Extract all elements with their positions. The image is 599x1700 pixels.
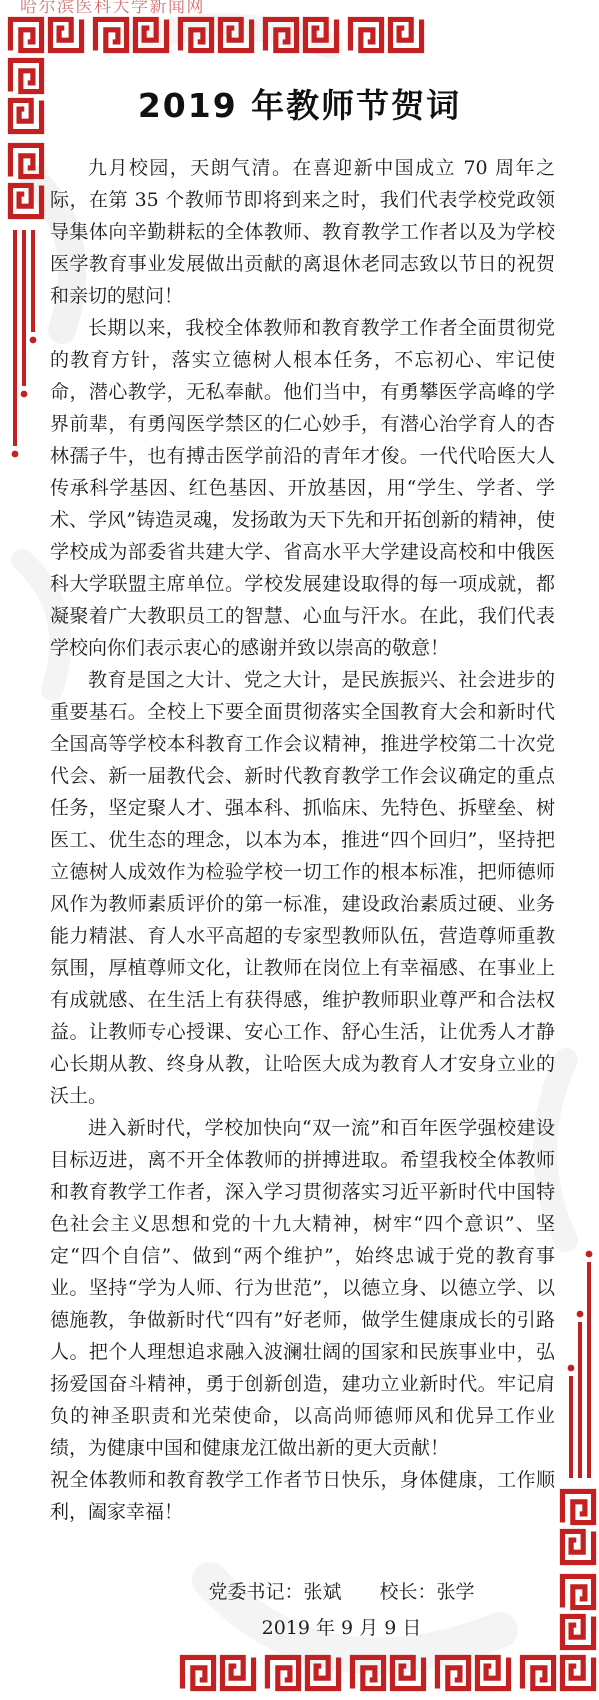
site-watermark-text: 哈尔滨医科大学新闻网 — [20, 0, 205, 17]
paragraph-3: 教育是国之大计、党之大计，是民族振兴、社会进步的重要基石。全校上下要全面贯彻落实… — [50, 664, 555, 1112]
paragraph-4: 进入新时代，学校加快向“双一流”和百年医学强校建设目标迈进，离不开全体教师的拼搏… — [50, 1112, 555, 1464]
signature-block: 党委书记：张斌 校长：张学 2019 年 9 月 9 日 — [0, 1574, 599, 1646]
signature-line: 党委书记：张斌 校长：张学 — [84, 1574, 599, 1610]
document-body: 九月校园，天朗气清。在喜迎新中国成立 70 周年之际，在第 35 个教师节即将到… — [0, 126, 599, 1528]
document-page: 哈尔滨医科大学新闻网 2019 年教师节贺词 九月校园，天朗气清。在喜迎新中国成… — [0, 0, 599, 1700]
date-line: 2019 年 9 月 9 日 — [84, 1610, 599, 1646]
paragraph-1: 九月校园，天朗气清。在喜迎新中国成立 70 周年之际，在第 35 个教师节即将到… — [50, 152, 555, 312]
paragraph-2: 长期以来，我校全体教师和教育教学工作者全面贯彻党的教育方针，落实立德树人根本任务… — [50, 312, 555, 664]
paragraph-greeting: 祝全体教师和教育教学工作者节日快乐，身体健康，工作顺利，阖家幸福！ — [50, 1464, 555, 1528]
page-title: 2019 年教师节贺词 — [0, 0, 599, 126]
